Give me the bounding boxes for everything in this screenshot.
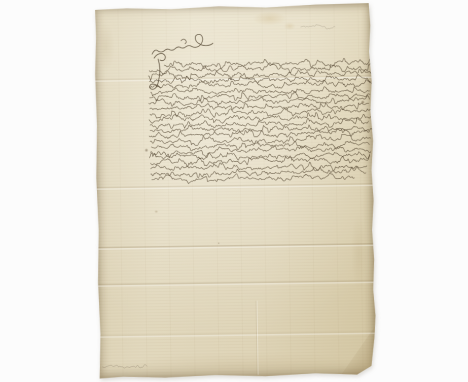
handwriting-line bbox=[152, 172, 355, 184]
handwriting-line bbox=[164, 58, 370, 70]
docket-annotation bbox=[301, 24, 335, 29]
handwriting-line bbox=[149, 150, 369, 162]
paper-sheet bbox=[93, 3, 376, 379]
manuscript-paper bbox=[93, 3, 376, 379]
collector-inscription bbox=[102, 365, 147, 369]
handwriting-line bbox=[149, 74, 370, 86]
handwriting-line bbox=[151, 155, 370, 167]
handwriting-line bbox=[150, 134, 370, 146]
handwriting-line bbox=[149, 128, 369, 139]
salutation-flourish bbox=[181, 39, 186, 44]
photo-canvas bbox=[0, 0, 468, 382]
handwriting-line bbox=[151, 166, 366, 178]
handwriting-line bbox=[150, 101, 369, 112]
salutation-flourish bbox=[152, 34, 213, 54]
handwriting-line bbox=[149, 79, 371, 90]
handwriting-line bbox=[149, 96, 370, 107]
handwriting-layer bbox=[93, 3, 376, 379]
